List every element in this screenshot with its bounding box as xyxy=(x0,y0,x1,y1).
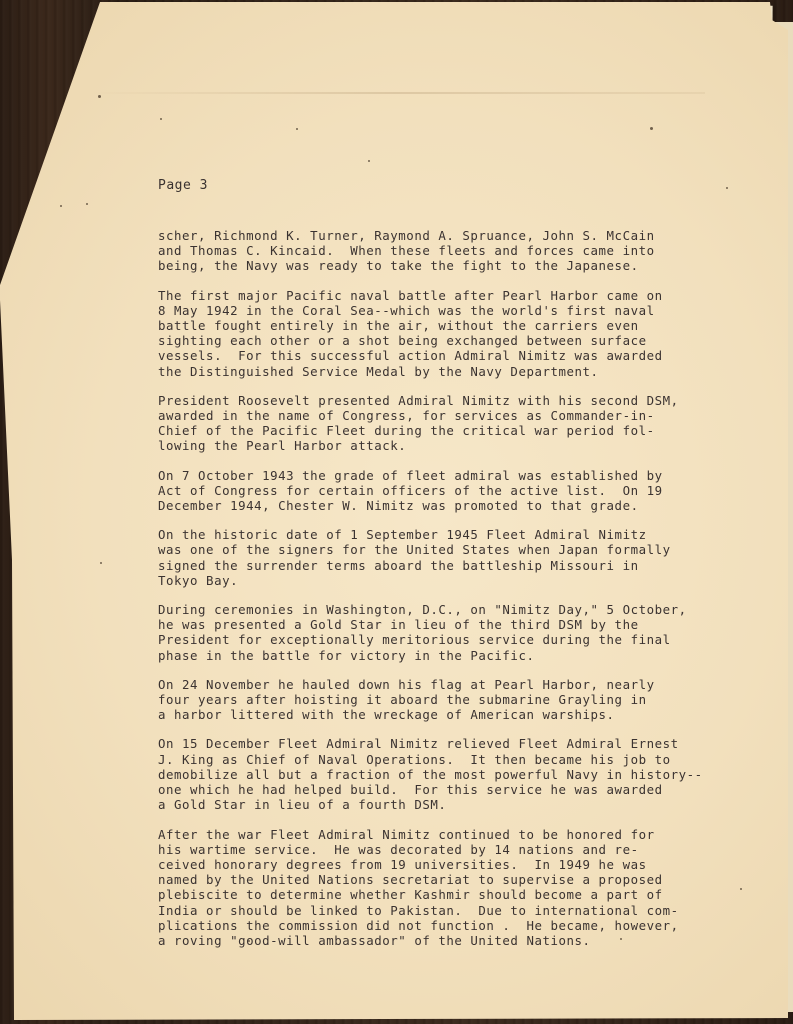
paragraph: scher, Richmond K. Turner, Raymond A. Sp… xyxy=(158,228,758,274)
text-line: The first major Pacific naval battle aft… xyxy=(158,288,758,303)
text-line: Chief of the Pacific Fleet during the cr… xyxy=(158,423,758,438)
paragraph: On 15 December Fleet Admiral Nimitz reli… xyxy=(158,736,758,812)
text-line: On 24 November he hauled down his flag a… xyxy=(158,677,758,692)
paragraph: On the historic date of 1 September 1945… xyxy=(158,527,758,588)
text-line: sighting each other or a shot being exch… xyxy=(158,333,758,348)
text-line: a roving "good-will ambassador" of the U… xyxy=(158,933,758,948)
text-line: President Roosevelt presented Admiral Ni… xyxy=(158,393,758,408)
paragraph: On 24 November he hauled down his flag a… xyxy=(158,677,758,723)
text-line: phase in the battle for victory in the P… xyxy=(158,648,758,663)
text-line: one which he had helped build. For this … xyxy=(158,782,758,797)
text-line: Act of Congress for certain officers of … xyxy=(158,483,758,498)
ink-speck xyxy=(60,205,62,207)
text-line: battle fought entirely in the air, witho… xyxy=(158,318,758,333)
text-line: After the war Fleet Admiral Nimitz conti… xyxy=(158,827,758,842)
ink-speck xyxy=(296,128,298,130)
text-line: On the historic date of 1 September 1945… xyxy=(158,527,758,542)
text-line: the Distinguished Service Medal by the N… xyxy=(158,364,758,379)
text-line: signed the surrender terms aboard the ba… xyxy=(158,558,758,573)
text-line: During ceremonies in Washington, D.C., o… xyxy=(158,602,758,617)
text-line: On 7 October 1943 the grade of fleet adm… xyxy=(158,468,758,483)
text-line: India or should be linked to Pakistan. D… xyxy=(158,903,758,918)
text-line: President for exceptionally meritorious … xyxy=(158,632,758,647)
paragraph: After the war Fleet Admiral Nimitz conti… xyxy=(158,827,758,949)
text-line: plebiscite to determine whether Kashmir … xyxy=(158,887,758,902)
text-line: four years after hoisting it aboard the … xyxy=(158,692,758,707)
text-line: plications the commission did not functi… xyxy=(158,918,758,933)
text-line: he was presented a Gold Star in lieu of … xyxy=(158,617,758,632)
ink-speck xyxy=(368,160,370,162)
text-line: being, the Navy was ready to take the fi… xyxy=(158,258,758,273)
text-line: and Thomas C. Kincaid. When these fleets… xyxy=(158,243,758,258)
paper-fold-line xyxy=(85,92,705,94)
text-line: ceived honorary degrees from 19 universi… xyxy=(158,857,758,872)
text-line: awarded in the name of Congress, for ser… xyxy=(158,408,758,423)
text-line: his wartime service. He was decorated by… xyxy=(158,842,758,857)
text-line: vessels. For this successful action Admi… xyxy=(158,348,758,363)
paragraph: President Roosevelt presented Admiral Ni… xyxy=(158,393,758,454)
document-body: scher, Richmond K. Turner, Raymond A. Sp… xyxy=(158,228,758,962)
ink-speck xyxy=(86,203,88,205)
ink-speck xyxy=(650,127,653,130)
text-line: demobilize all but a fraction of the mos… xyxy=(158,767,758,782)
ink-speck xyxy=(726,187,728,189)
page-number: Page 3 xyxy=(158,178,208,193)
text-line: was one of the signers for the United St… xyxy=(158,542,758,557)
paragraph: On 7 October 1943 the grade of fleet adm… xyxy=(158,468,758,514)
text-line: December 1944, Chester W. Nimitz was pro… xyxy=(158,498,758,513)
document-page: Page 3 scher, Richmond K. Turner, Raymon… xyxy=(0,0,793,1024)
text-line: On 15 December Fleet Admiral Nimitz reli… xyxy=(158,736,758,751)
paragraph: The first major Pacific naval battle aft… xyxy=(158,288,758,379)
ink-speck xyxy=(160,118,162,120)
ink-speck xyxy=(98,95,101,98)
text-line: 8 May 1942 in the Coral Sea--which was t… xyxy=(158,303,758,318)
text-line: scher, Richmond K. Turner, Raymond A. Sp… xyxy=(158,228,758,243)
text-line: a harbor littered with the wreckage of A… xyxy=(158,707,758,722)
text-line: named by the United Nations secretariat … xyxy=(158,872,758,887)
text-line: a Gold Star in lieu of a fourth DSM. xyxy=(158,797,758,812)
paragraph: During ceremonies in Washington, D.C., o… xyxy=(158,602,758,663)
text-line: Tokyo Bay. xyxy=(158,573,758,588)
text-line: J. King as Chief of Naval Operations. It… xyxy=(158,752,758,767)
text-line: lowing the Pearl Harbor attack. xyxy=(158,438,758,453)
ink-speck xyxy=(100,562,102,564)
